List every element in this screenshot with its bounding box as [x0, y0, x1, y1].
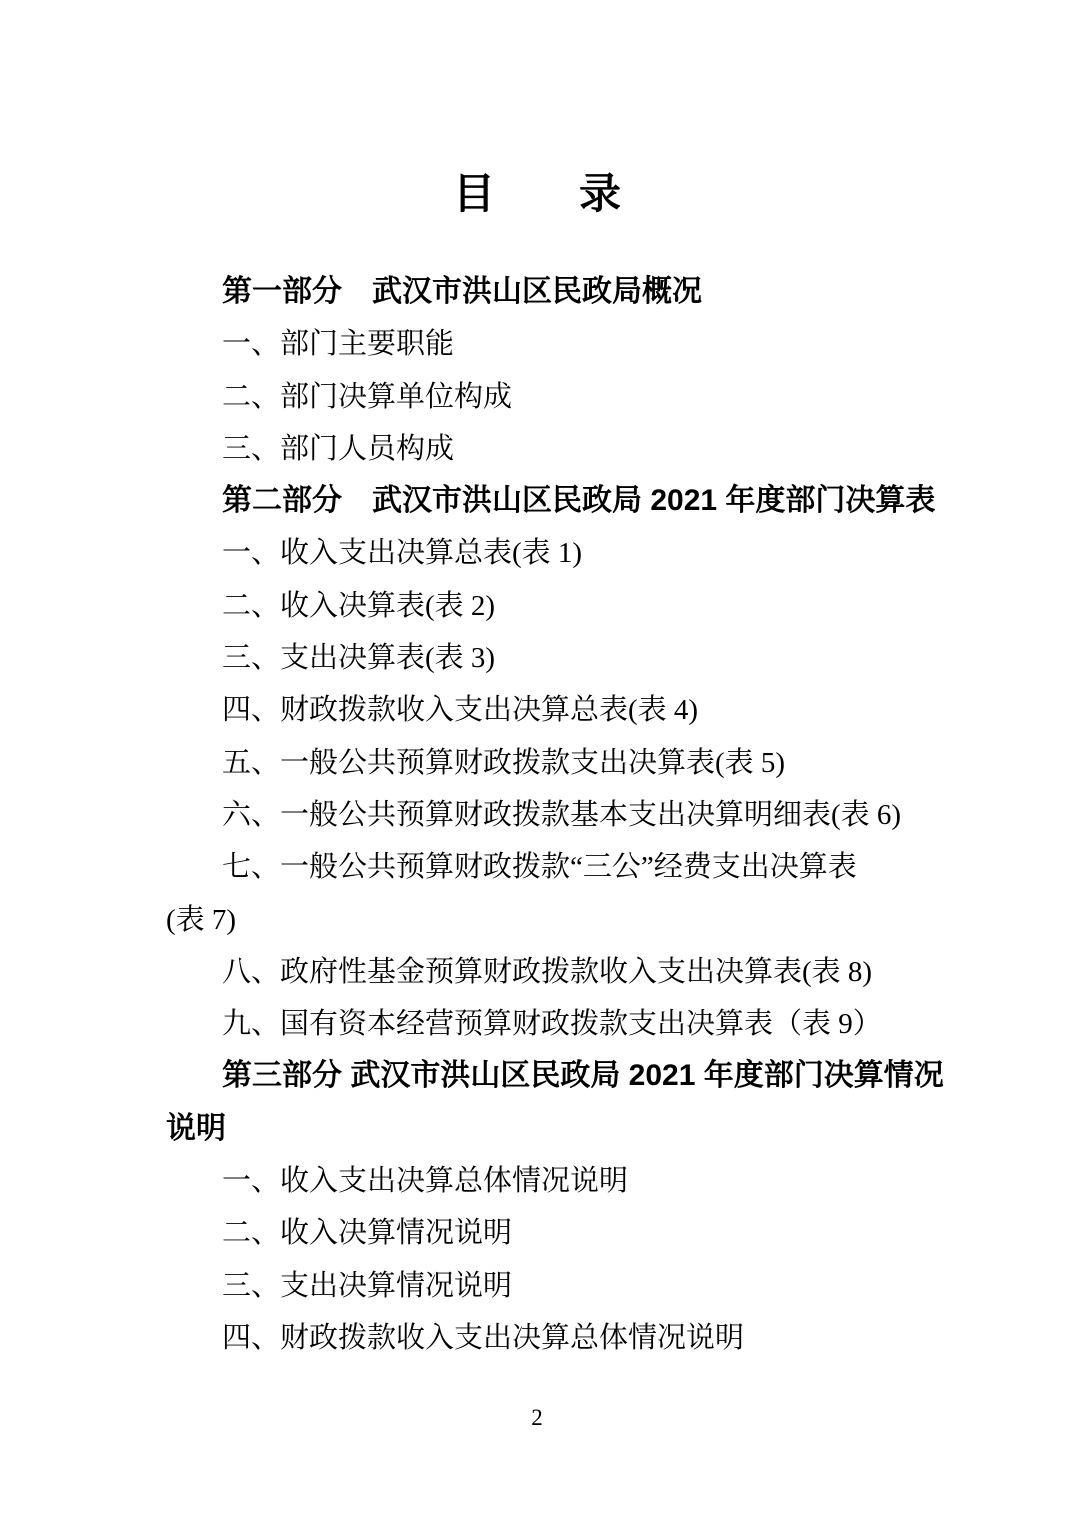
- toc-item: 三、支出决算情况说明: [166, 1260, 908, 1312]
- page-number: 2: [0, 1403, 1074, 1433]
- toc-item: 八、政府性基金预算财政拨款收入支出决算表(表 8): [166, 946, 908, 998]
- toc-item: 四、财政拨款收入支出决算总表(表 4): [166, 684, 908, 736]
- toc-item: 三、部门人员构成: [166, 423, 908, 475]
- toc-heading: 第二部分 武汉市洪山区民政局 2021 年度部门决算表: [166, 475, 908, 527]
- toc-item: 一、收入支出决算总体情况说明: [166, 1155, 908, 1207]
- toc-item: 七、一般公共预算财政拨款“三公”经费支出决算表: [166, 841, 908, 893]
- table-of-contents: 第一部分 武汉市洪山区民政局概况一、部门主要职能二、部门决算单位构成三、部门人员…: [166, 266, 908, 1364]
- toc-item: (表 7): [166, 894, 908, 946]
- toc-item: 九、国有资本经营预算财政拨款支出决算表（表 9）: [166, 998, 908, 1050]
- toc-item: 一、收入支出决算总表(表 1): [166, 527, 908, 579]
- toc-heading: 第一部分 武汉市洪山区民政局概况: [166, 266, 908, 318]
- toc-item: 四、财政拨款收入支出决算总体情况说明: [166, 1312, 908, 1364]
- toc-item: 三、支出决算表(表 3): [166, 632, 908, 684]
- toc-item: 二、部门决算单位构成: [166, 371, 908, 423]
- document-title: 目 录: [0, 168, 1074, 220]
- toc-item: 五、一般公共预算财政拨款支出决算表(表 5): [166, 737, 908, 789]
- toc-item: 六、一般公共预算财政拨款基本支出决算明细表(表 6): [166, 789, 908, 841]
- toc-item: 二、收入决算表(表 2): [166, 580, 908, 632]
- toc-item: 二、收入决算情况说明: [166, 1207, 908, 1259]
- toc-heading: 第三部分 武汉市洪山区民政局 2021 年度部门决算情况: [166, 1050, 908, 1102]
- document-page: 目 录 第一部分 武汉市洪山区民政局概况一、部门主要职能二、部门决算单位构成三、…: [0, 0, 1074, 1520]
- toc-heading: 说明: [166, 1103, 908, 1155]
- toc-item: 一、部门主要职能: [166, 318, 908, 370]
